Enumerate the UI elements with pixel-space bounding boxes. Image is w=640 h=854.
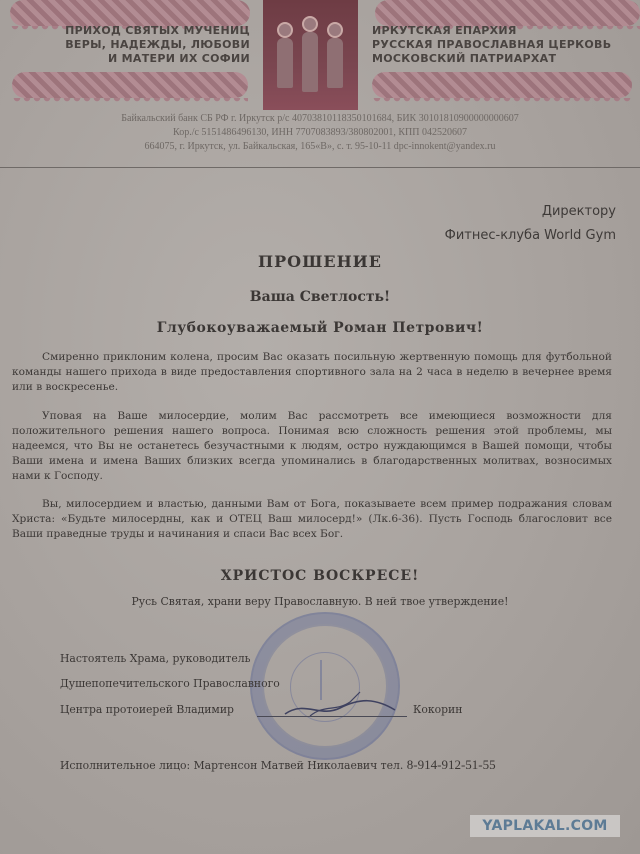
addressee-block: Директору Фитнес-клуба World Gym — [445, 200, 616, 248]
saints-icon-image — [263, 0, 358, 110]
signatory-surname: Кокорин — [413, 703, 462, 716]
eparchy-name: ИРКУТСКАЯ ЕПАРХИЯ РУССКАЯ ПРАВОСЛАВНАЯ Ц… — [372, 24, 640, 66]
salutation-name: Глубокоуважаемый Роман Петрович! — [0, 320, 640, 336]
document-title: ПРОШЕНИЕ — [0, 252, 640, 271]
signatory-title-line-2: Душепопечительского Православного — [60, 677, 280, 690]
bank-details: Байкальский банк СБ РФ г. Иркутск р/с 40… — [0, 112, 640, 154]
signatory-title-line-3: Центра протоиерей Владимир — [60, 703, 234, 716]
executor-label: Исполнительное лицо: Мартенсон Матвей Ни… — [60, 759, 403, 772]
ornament-band-bottom-right — [372, 72, 632, 98]
paragraph-request: Смиренно приклоним колена, просим Вас ок… — [12, 350, 612, 395]
site-watermark: YAPLAKAL.COM — [470, 815, 620, 837]
salutation-honorific: Ваша Светлость! — [0, 289, 640, 305]
motto: Русь Святая, храни веру Православную. В … — [0, 595, 640, 608]
signatory-title-line-1: Настоятель Храма, руководитель — [60, 652, 251, 665]
ornament-band-top-right — [375, 0, 640, 26]
executor-phone: 8-914-912-51-55 — [407, 757, 496, 772]
signature-line — [257, 716, 407, 717]
ornament-band-bottom-left — [12, 72, 248, 98]
scanned-letter: ПРИХОД СВЯТЫХ МУЧЕНИЦ ВЕРЫ, НАДЕЖДЫ, ЛЮБ… — [0, 0, 640, 854]
paragraph-blessing: Вы, милосердием и властью, данными Вам о… — [12, 497, 612, 542]
paragraph-appeal: Уповая на Ваше милосердие, молим Вас рас… — [12, 409, 612, 484]
ornament-band-top-left — [10, 0, 250, 26]
executor-contact: Исполнительное лицо: Мартенсон Матвей Ни… — [60, 757, 496, 773]
parish-name: ПРИХОД СВЯТЫХ МУЧЕНИЦ ВЕРЫ, НАДЕЖДЫ, ЛЮБ… — [40, 24, 250, 66]
easter-greeting: ХРИСТОС ВОСКРЕСЕ! — [0, 568, 640, 584]
addressee-organization: Фитнес-клуба World Gym — [445, 224, 616, 248]
letterhead-divider — [0, 167, 640, 168]
addressee-position: Директору — [445, 200, 616, 224]
